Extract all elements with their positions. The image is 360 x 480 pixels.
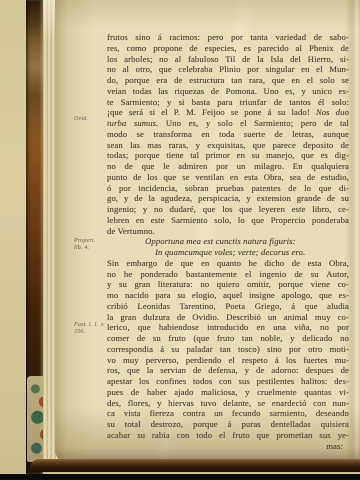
text-line: la gran dulzura de Ovidio. Describió un …: [107, 312, 349, 323]
text-line: lebren en este Sarmiento solo, lo que Pr…: [107, 215, 349, 226]
text-line: ca vista fiereza contra un fecundo sarmi…: [107, 408, 349, 419]
text-line: no de que le admiren por un milagro. En …: [107, 161, 349, 172]
text-line: no al otro, que celebraba Plinio por sin…: [107, 64, 349, 75]
text-line: mas:: [107, 441, 349, 452]
text-line: modo se transforma en toda suerte de let…: [107, 129, 349, 140]
text-line: cribió Leonidas Tarentino, Poeta Griego,…: [107, 301, 349, 312]
text-line: Opportuna mea est cunctis natura figuris…: [107, 236, 349, 247]
margin-note: Propert.lib. 4.: [74, 238, 106, 251]
text-line: frutos sino á racimos: pero por tanta va…: [107, 32, 349, 43]
text-line: su total destrozo, porque á puras dentel…: [107, 419, 349, 430]
margin-note: Fast. l. 1. v.356.: [74, 322, 106, 335]
margin-note: Ovid.: [74, 116, 106, 123]
text-line: acabar su rabia con todo el fruto que pr…: [107, 430, 349, 441]
text-line: go, y de la agudeza, perspicacia, y exte…: [107, 193, 349, 204]
text-line: res, como propone de especies, es pareci…: [107, 43, 349, 54]
text-line: correspondia á su paladar tan tosco) sin…: [107, 344, 349, 355]
text-line: y su gran literatura: no quiero omitir, …: [107, 279, 349, 290]
text-line: apestar los confines todos con sus pesti…: [107, 376, 349, 387]
text-line: mo nacido para su elogio, aquel insigne …: [107, 290, 349, 301]
page-text: frutos sino á racimos: pero por tanta va…: [107, 32, 349, 451]
text-line: ó por incidencia, sobran pruebas patente…: [107, 183, 349, 194]
text-line: veian todas las riquezas de Pomona. Uno …: [107, 86, 349, 97]
text-line: comer de su fruto (que fruto tan noble, …: [107, 333, 349, 344]
text-line: los arboles; no al fabuloso Til de la Is…: [107, 54, 349, 65]
text-line: vo muy perverso, perdiendo el respeto á …: [107, 355, 349, 366]
text-line: Sin embargo de que en quanto he dicho de…: [107, 258, 349, 269]
text-line: de Vertumno.: [107, 226, 349, 237]
margin-notes: Ovid.Propert.lib. 4.Fast. l. 1. v.356.: [74, 0, 106, 480]
text-line: punto de los que se ventilan en esta Obr…: [107, 172, 349, 183]
text-line: In quamcumque voles; verte; decorus ero.: [107, 247, 349, 258]
text-line: sean las mas raras, y exquisitas, que pa…: [107, 140, 349, 151]
text-line: te Sarmiento; y si basta para triunfar d…: [107, 97, 349, 108]
text-line: no he ponderado bastantemente el ingenio…: [107, 269, 349, 280]
text-line: pues de haber ajado maliciosa, y cruelme…: [107, 387, 349, 398]
text-line: todas; porque tiene tal primor en su man…: [107, 150, 349, 161]
photo-bottom-bar: [0, 474, 360, 480]
text-line: ros, que la servian de defensa, y de ado…: [107, 365, 349, 376]
text-line: ¡que será si el P. M. Feijoo se pone á s…: [107, 107, 349, 118]
text-line: do, porque era de estructura tan rara, q…: [107, 75, 349, 86]
text-line: turba sumus. Uno es, y solo el Sarmiento…: [107, 118, 349, 129]
book-photo: Ovid.Propert.lib. 4.Fast. l. 1. v.356. f…: [0, 0, 360, 480]
text-line: lerico, que habiendose introducido en un…: [107, 322, 349, 333]
text-line: ingenio; y no dudaré, que los que leyere…: [107, 204, 349, 215]
text-line: des, flores, y hiervas tuvo delante, se …: [107, 398, 349, 409]
